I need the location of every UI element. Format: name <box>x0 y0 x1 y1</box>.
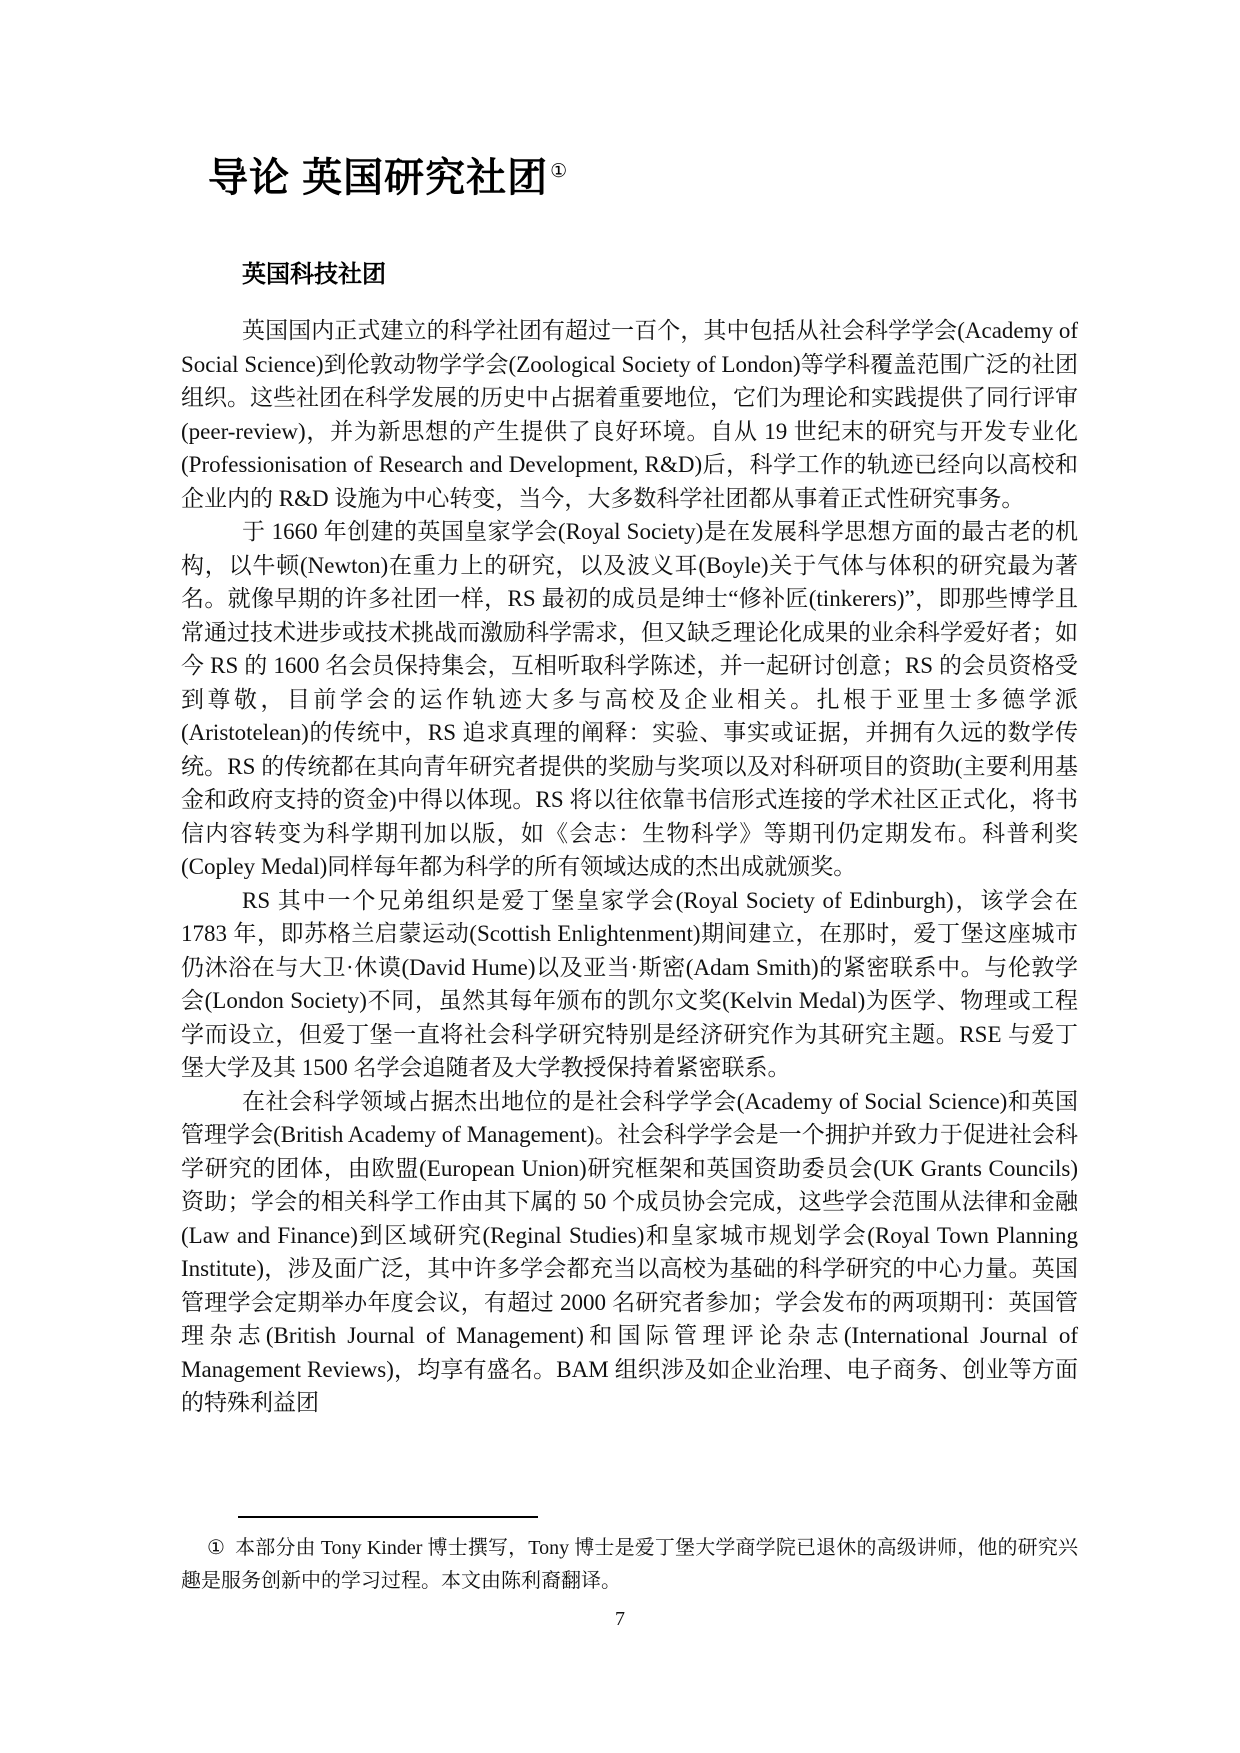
footnote-block: ①本部分由 Tony Kinder 博士撰写，Tony 博士是爱丁堡大学商学院已… <box>181 1516 1078 1598</box>
document-page: 导论 英国研究社团① 英国科技社团 英国国内正式建立的科学社团有超过一百个，其中… <box>0 0 1240 1753</box>
body-paragraph: 在社会科学领域占据杰出地位的是社会科学学会(Academy of Social … <box>181 1085 1078 1420</box>
footnote: ①本部分由 Tony Kinder 博士撰写，Tony 博士是爱丁堡大学商学院已… <box>181 1532 1078 1598</box>
body-paragraph: 于 1660 年创建的英国皇家学会(Royal Society)是在发展科学思想… <box>181 515 1078 884</box>
body-text: 英国国内正式建立的科学社团有超过一百个，其中包括从社会科学学会(Academy … <box>181 314 1078 1420</box>
footnote-separator <box>238 1516 538 1518</box>
footnote-reference: ① <box>550 161 568 182</box>
footnote-marker: ① <box>207 1537 225 1559</box>
page-title-text: 导论 英国研究社团 <box>208 156 548 200</box>
page-content: 导论 英国研究社团① 英国科技社团 英国国内正式建立的科学社团有超过一百个，其中… <box>181 0 1078 1420</box>
page-number: 7 <box>0 1606 1240 1632</box>
body-paragraph: 英国国内正式建立的科学社团有超过一百个，其中包括从社会科学学会(Academy … <box>181 314 1078 515</box>
section-heading: 英国科技社团 <box>242 260 1078 290</box>
footnote-text: 本部分由 Tony Kinder 博士撰写，Tony 博士是爱丁堡大学商学院已退… <box>181 1537 1078 1592</box>
page-title: 导论 英国研究社团① <box>208 152 1078 204</box>
body-paragraph: RS 其中一个兄弟组织是爱丁堡皇家学会(Royal Society of Edi… <box>181 884 1078 1085</box>
